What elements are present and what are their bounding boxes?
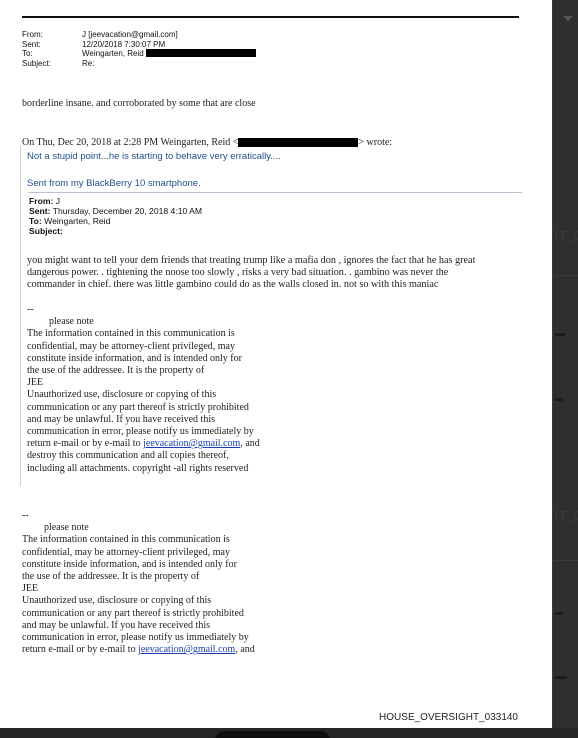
- ghost-bar: [555, 398, 563, 401]
- disclaimer-dashes: --: [22, 510, 255, 522]
- ghost-text: IT_O: [555, 228, 578, 243]
- fwd-subject-label: Subject:: [29, 226, 63, 236]
- forwarded-header: From: J Sent: Thursday, December 20, 201…: [29, 196, 202, 236]
- fwd-sent-label: Sent:: [29, 206, 50, 216]
- disclaimer-line: communication in error, please notify us…: [22, 632, 255, 644]
- disclaimer-line: destroy this communication and all copie…: [27, 450, 260, 462]
- to-label: To:: [22, 49, 82, 59]
- disclaimer-line: communication or any part thereof is str…: [27, 402, 260, 414]
- disclaimer-line: The information contained in this commun…: [22, 534, 255, 546]
- email-link[interactable]: jeevacation@gmail.com: [138, 644, 235, 655]
- ghost-text: IT_O: [555, 508, 578, 523]
- ghost-bar: [555, 612, 563, 615]
- disclaimer-line: Unauthorized use, disclosure or copying …: [22, 595, 255, 607]
- redaction-box: [146, 49, 256, 57]
- fwd-from-label: From:: [29, 196, 53, 206]
- email-header: From:J [jeevacation@gmail.com] Sent:12/2…: [22, 30, 256, 68]
- disclaimer-line: confidential, may be attorney-client pri…: [27, 341, 260, 353]
- forwarded-message: you might want to tell your dem friends …: [27, 255, 475, 291]
- return-suffix: , and: [240, 438, 259, 449]
- disclaimer-line: Unauthorized use, disclosure or copying …: [27, 389, 260, 401]
- redaction-box: [238, 138, 358, 147]
- reply-attribution: On Thu, Dec 20, 2018 at 2:28 PM Weingart…: [22, 137, 392, 148]
- return-prefix: return e-mail or by e-mail to: [22, 644, 138, 655]
- page-toolbar[interactable]: [215, 731, 330, 738]
- document-page: From:J [jeevacation@gmail.com] Sent:12/2…: [0, 0, 552, 728]
- disclaimer-dashes: --: [27, 304, 260, 316]
- attribution-prefix: On Thu, Dec 20, 2018 at 2:28 PM Weingart…: [22, 137, 238, 148]
- disclaimer-line: constitute inside information, and is in…: [27, 353, 260, 365]
- disclaimer-line: the use of the addressee. It is the prop…: [27, 365, 260, 377]
- subject-label: Subject:: [22, 59, 82, 69]
- to-value: Weingarten, Reid: [82, 49, 144, 59]
- quote-bar: [20, 146, 21, 486]
- disclaimer-line: the use of the addressee. It is the prop…: [22, 571, 255, 583]
- disclaimer-line: and may be unlawful. If you have receive…: [27, 414, 260, 426]
- disclaimer-block: -- please note The information contained…: [27, 304, 260, 475]
- fwd-from-value: J: [53, 196, 60, 206]
- bates-number: HOUSE_OVERSIGHT_033140: [379, 712, 518, 723]
- please-note: please note: [22, 522, 255, 534]
- disclaimer-block-2: -- please note The information contained…: [22, 510, 255, 656]
- disclaimer-line: return e-mail or by e-mail to jeevacatio…: [27, 438, 260, 450]
- reply-body: borderline insane. and corroborated by s…: [22, 98, 256, 109]
- please-note: please note: [27, 316, 260, 328]
- fwd-to-label: To:: [29, 216, 42, 226]
- quoted-line: Not a stupid point...he is starting to b…: [27, 151, 281, 162]
- sent-label: Sent:: [22, 40, 82, 50]
- message-line: you might want to tell your dem friends …: [27, 255, 475, 267]
- disclaimer-line: communication or any part thereof is str…: [22, 608, 255, 620]
- ghost-rule: [553, 275, 578, 276]
- subject-value: Re:: [82, 59, 94, 69]
- ghost-rule: [553, 560, 578, 561]
- blackberry-signature: Sent from my BlackBerry 10 smartphone.: [27, 178, 201, 189]
- disclaimer-line: confidential, may be attorney-client pri…: [22, 547, 255, 559]
- document-viewer: From:J [jeevacation@gmail.com] Sent:12/2…: [0, 0, 578, 738]
- from-label: From:: [22, 30, 82, 40]
- header-rule: [22, 16, 519, 18]
- return-prefix: return e-mail or by e-mail to: [27, 438, 143, 449]
- disclaimer-line: JEE: [27, 377, 260, 389]
- disclaimer-line: including all attachments. copyright -al…: [27, 463, 260, 475]
- disclaimer-line: constitute inside information, and is in…: [22, 559, 255, 571]
- email-link[interactable]: jeevacation@gmail.com: [143, 438, 240, 449]
- disclaimer-line: The information contained in this commun…: [27, 328, 260, 340]
- forward-separator: [28, 192, 522, 193]
- message-line: commander in chief. there was little gam…: [27, 279, 475, 291]
- disclaimer-line: communication in error, please notify us…: [27, 426, 260, 438]
- ghost-bar: [555, 676, 567, 679]
- caret-down-icon[interactable]: [563, 16, 573, 21]
- attribution-suffix: > wrote:: [358, 137, 392, 148]
- from-value: J [jeevacation@gmail.com]: [82, 30, 178, 40]
- next-page-preview[interactable]: IT_O IT_O: [552, 0, 578, 728]
- disclaimer-line: and may be unlawful. If you have receive…: [22, 620, 255, 632]
- fwd-sent-value: Thursday, December 20, 2018 4:10 AM: [50, 206, 202, 216]
- return-suffix: , and: [235, 644, 254, 655]
- fwd-to-value: Weingarten, Reid: [42, 216, 111, 226]
- disclaimer-line: return e-mail or by e-mail to jeevacatio…: [22, 644, 255, 656]
- message-line: dangerous power. . tightening the noose …: [27, 267, 475, 279]
- ghost-bar: [555, 333, 565, 336]
- disclaimer-line: JEE: [22, 583, 255, 595]
- sent-value: 12/20/2018 7:30:07 PM: [82, 40, 165, 50]
